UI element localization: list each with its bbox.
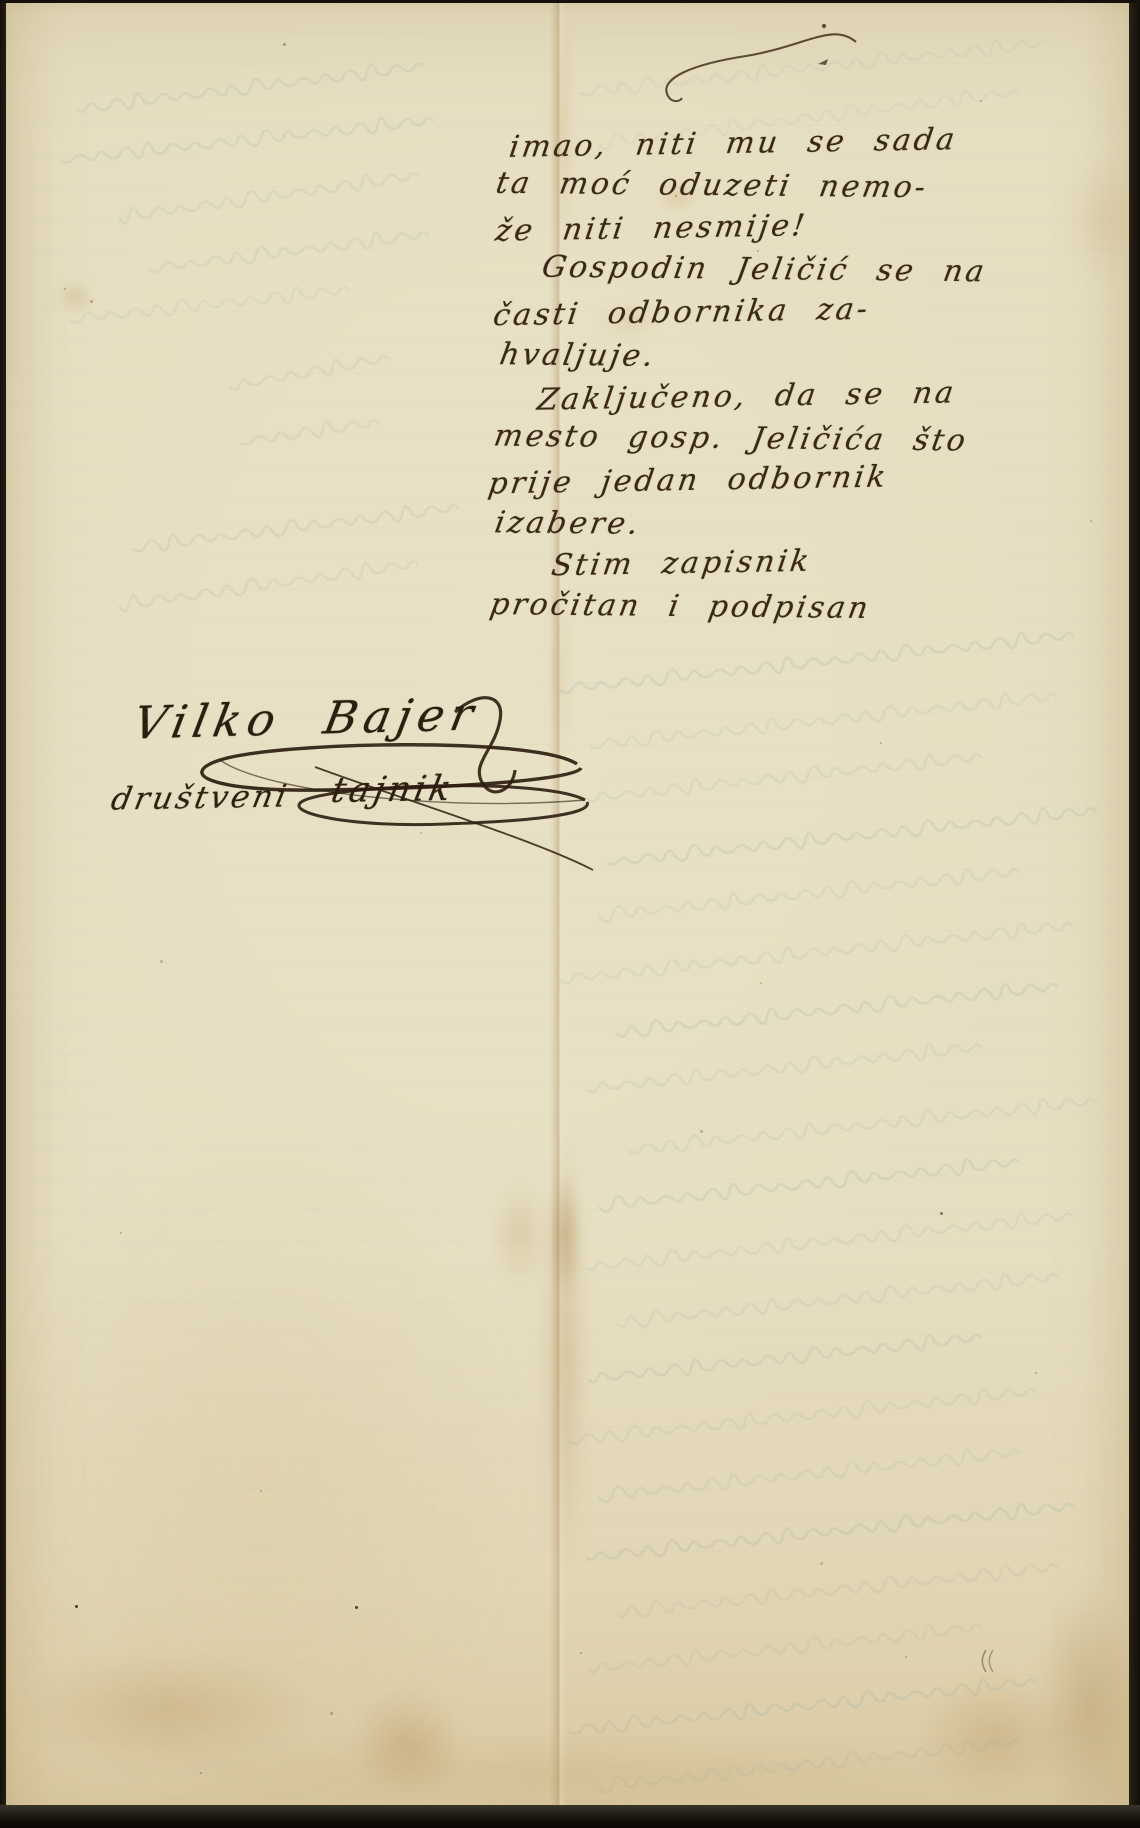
ink-speck [1090,520,1092,522]
manuscript-page: imao, niti mu se sada ta moć oduzeti nem… [0,0,1140,1828]
manuscript-line-10: izabere. [492,505,644,542]
manuscript-line-5: časti odbornika za- [491,292,872,334]
ink-speck [75,1605,78,1608]
ink-speck [120,1232,122,1234]
paper-stain [490,1180,550,1290]
ghost-writing-line [613,1441,1022,1513]
manuscript-line-4: Gospodin Jeličić se na [539,250,989,290]
ink-speck [880,742,882,744]
ghost-writing-line [119,164,420,235]
ink-speck [1035,1372,1037,1374]
ink-speck [355,1606,358,1609]
ink-speck [64,288,66,290]
paper-stain [1035,1590,1140,1828]
scanned-document: imao, niti mu se sada ta moć oduzeti nem… [0,0,1140,1828]
manuscript-line-9: prije jedan odbornik [486,460,891,502]
ghost-writing-line [631,1090,1098,1169]
ghost-writing-line [249,411,382,459]
ghost-writing-line [617,975,1060,1051]
ghost-writing-line [626,799,1098,878]
ghost-writing-line [627,1556,1060,1631]
ink-speck [820,1562,823,1565]
ghost-writing-line [618,1731,1022,1803]
ghost-writing-line [239,347,392,403]
top-pen-flourish [628,16,868,104]
manuscript-line-11: Stim zapisnik [549,544,814,584]
ink-speck [283,43,286,46]
ghost-writing-line [149,223,431,287]
paper-stain [20,1650,320,1770]
manuscript-line-2: ta moć oduzeti nemo- [493,166,931,206]
ink-speck [260,1490,262,1492]
ink-speck [330,1712,333,1715]
ink-speck [905,1656,907,1658]
manuscript-line-1: imao, niti mu se sada [507,122,960,165]
manuscript-line-6: hvaljuje. [497,337,659,374]
ghost-writing-line [612,685,1060,762]
signature-flourish [115,672,645,892]
ghost-writing-line [134,552,420,621]
ink-speck [760,982,762,984]
stray-pen-mark [978,1648,1002,1674]
manuscript-line-3: že niti nesmije! [493,208,810,248]
ghost-writing-line [89,278,351,335]
ink-speck [580,1652,582,1654]
ink-speck [940,1212,943,1215]
ink-speck [200,1772,202,1774]
manuscript-line-7: Zaključeno, da se na [535,375,959,417]
paper-stain [350,1688,465,1798]
manuscript-line-12: pročitan i podpisan [487,587,873,626]
paper-stain [1060,160,1140,280]
manuscript-line-8: mesto gosp. Jeličića što [491,419,970,459]
paper-stain [0,1120,520,1820]
ghost-writing-line [622,1265,1060,1341]
ink-speck [160,960,163,963]
ink-speck [90,300,93,303]
